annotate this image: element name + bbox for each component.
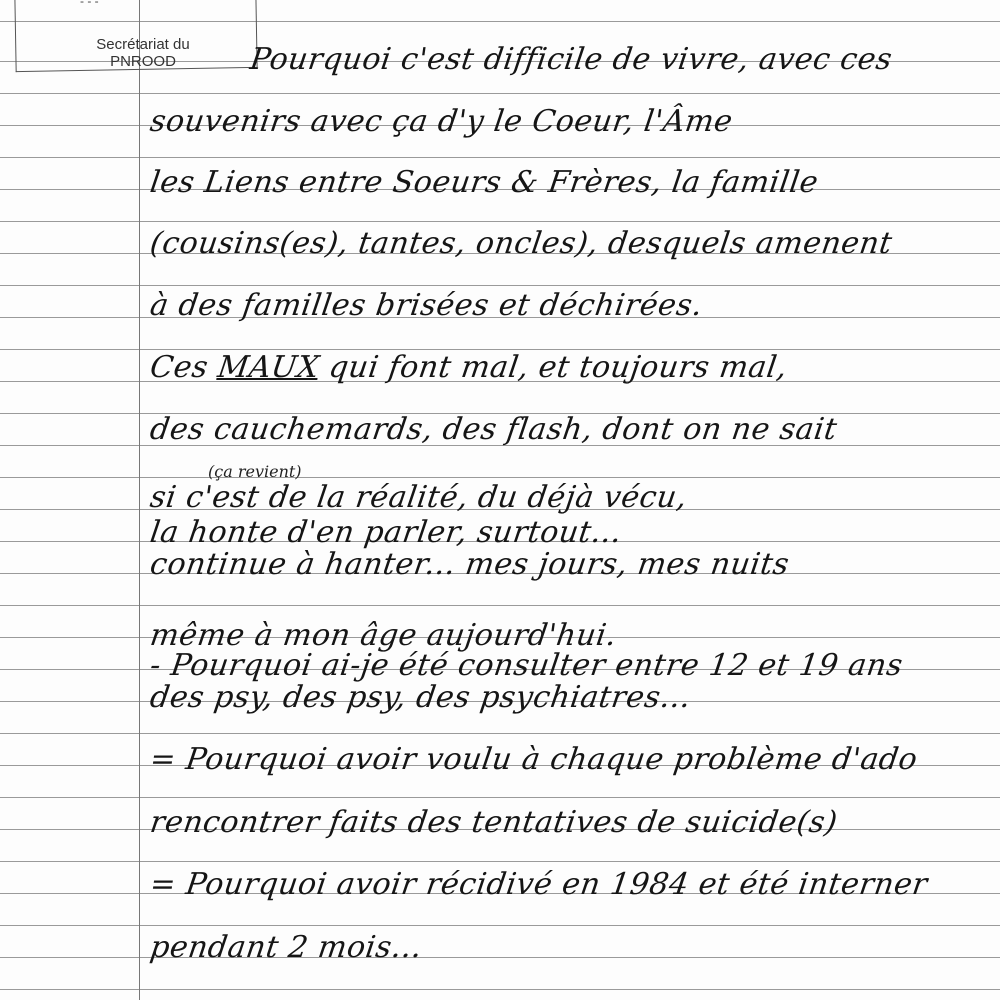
text-line: des psy, des psy, des psychiatres... (147, 680, 983, 720)
stamp-line-2: PNROOD (78, 53, 208, 70)
text-line: les Liens entre Soeurs & Frères, la fami… (147, 165, 983, 205)
text-line: = Pourquoi avoir voulu à chaque problème… (147, 742, 983, 782)
text-line: continue à hanter... mes jours, mes nuit… (147, 547, 983, 587)
text-line: à des familles brisées et déchirées. (147, 288, 983, 328)
text-line: des cauchemards, des flash, dont on ne s… (147, 412, 983, 452)
stamp-line-1: Secrétariat du (78, 36, 208, 53)
text-line: pendant 2 mois... (147, 930, 983, 970)
emphasized-word: MAUX (216, 350, 322, 385)
text-line: Ces MAUX qui font mal, et toujours mal, (147, 350, 983, 390)
interlinear-note: (ça revient) (208, 462, 302, 481)
text-line: rencontrer faits des tentatives de suici… (147, 805, 983, 845)
text-line: Pourquoi c'est difficile de vivre, avec … (247, 42, 983, 82)
text-line: (cousins(es), tantes, oncles), desquels … (147, 226, 983, 266)
text-line: souvenirs avec ça d'y le Coeur, l'Âme (147, 104, 983, 144)
text-line: = Pourquoi avoir récidivé en 1984 et été… (147, 867, 983, 907)
stamp-text: Secrétariat du PNROOD (78, 36, 208, 70)
margin-line (139, 0, 140, 1000)
text-line: si c'est de la réalité, du déjà vécu, (147, 480, 983, 520)
